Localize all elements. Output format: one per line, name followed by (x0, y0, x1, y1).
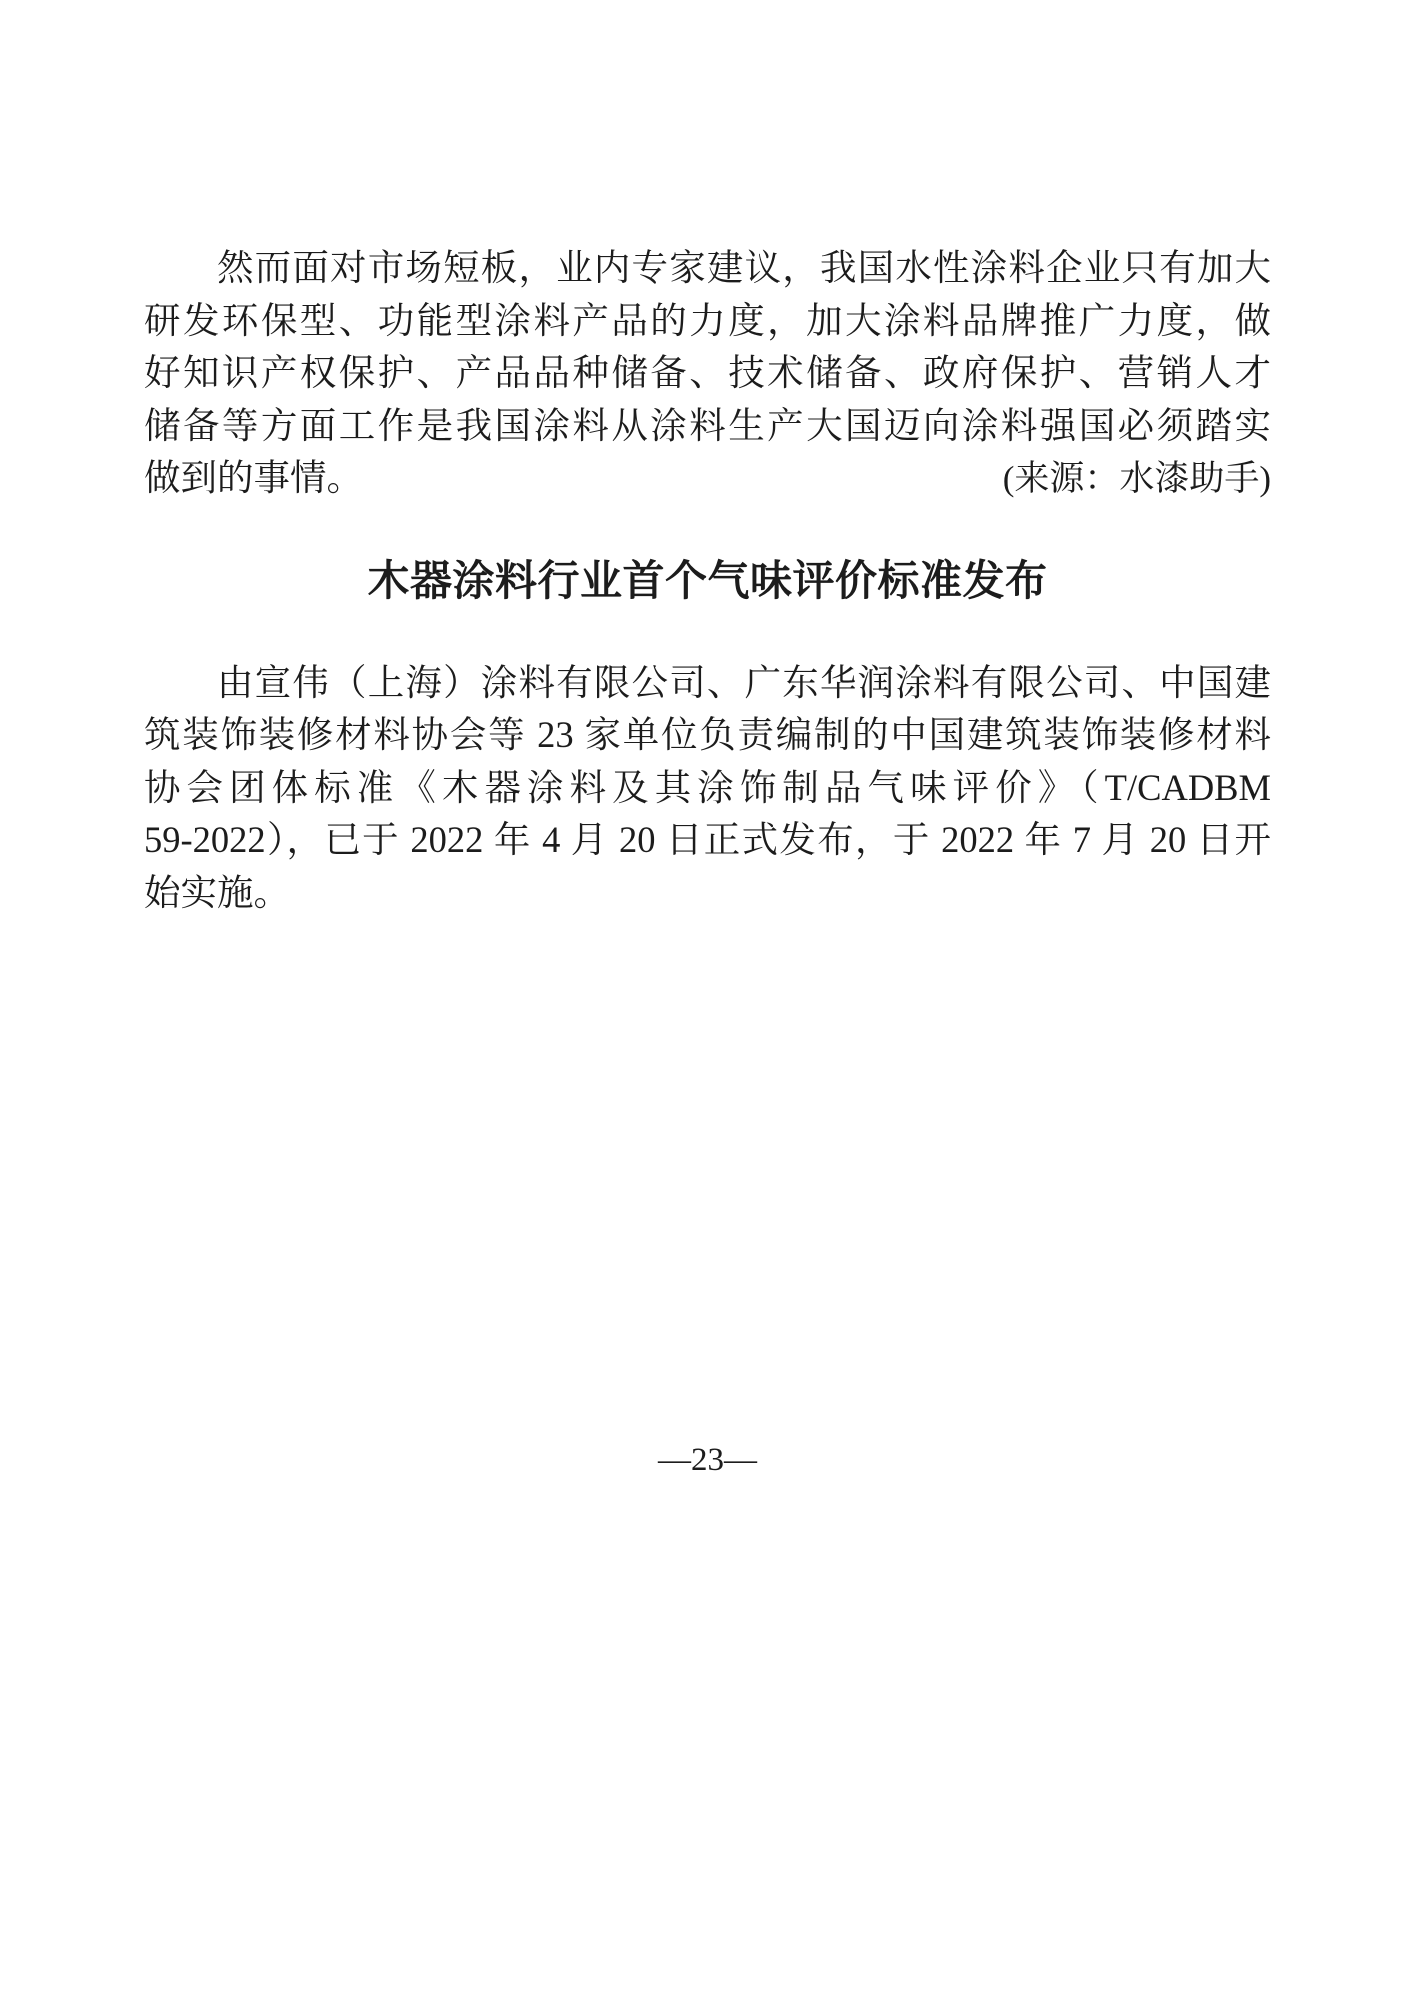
paragraph-line: 59-2022），已于 2022 年 4 月 20 日正式发布，于 2022 年… (144, 814, 1271, 867)
paragraph-line: 储备等方面工作是我国涂料从涂料生产大国迈向涂料强国必须踏实 (144, 400, 1271, 453)
paragraph-text: 做到的事情。 (144, 452, 363, 505)
paragraph-line: 好知识产权保护、产品品种储备、技术储备、政府保护、营销人才 (144, 347, 1271, 400)
page-number: —23— (0, 1440, 1415, 1480)
paragraph-line: 协会团体标准《木器涂料及其涂饰制品气味评价》（T/CADBM (144, 762, 1271, 815)
source-attribution: (来源：水漆助手) (1003, 453, 1271, 506)
paragraph-last-line: 始实施。 (144, 867, 1271, 920)
paragraph-line: 然而面对市场短板，业内专家建议，我国水性涂料企业只有加大 (144, 242, 1271, 295)
paragraph-last-line: 做到的事情。 (来源：水漆助手) (144, 452, 1271, 506)
paragraph-line: 研发环保型、功能型涂料产品的力度，加大涂料品牌推广力度，做 (144, 295, 1271, 348)
section-heading: 木器涂料行业首个气味评价标准发布 (144, 550, 1271, 614)
page-content: 然而面对市场短板，业内专家建议，我国水性涂料企业只有加大 研发环保型、功能型涂料… (144, 242, 1271, 919)
paragraph-line: 由宣伟（上海）涂料有限公司、广东华润涂料有限公司、中国建 (144, 657, 1271, 710)
paragraph-line: 筑装饰装修材料协会等 23 家单位负责编制的中国建筑装饰装修材料 (144, 709, 1271, 762)
